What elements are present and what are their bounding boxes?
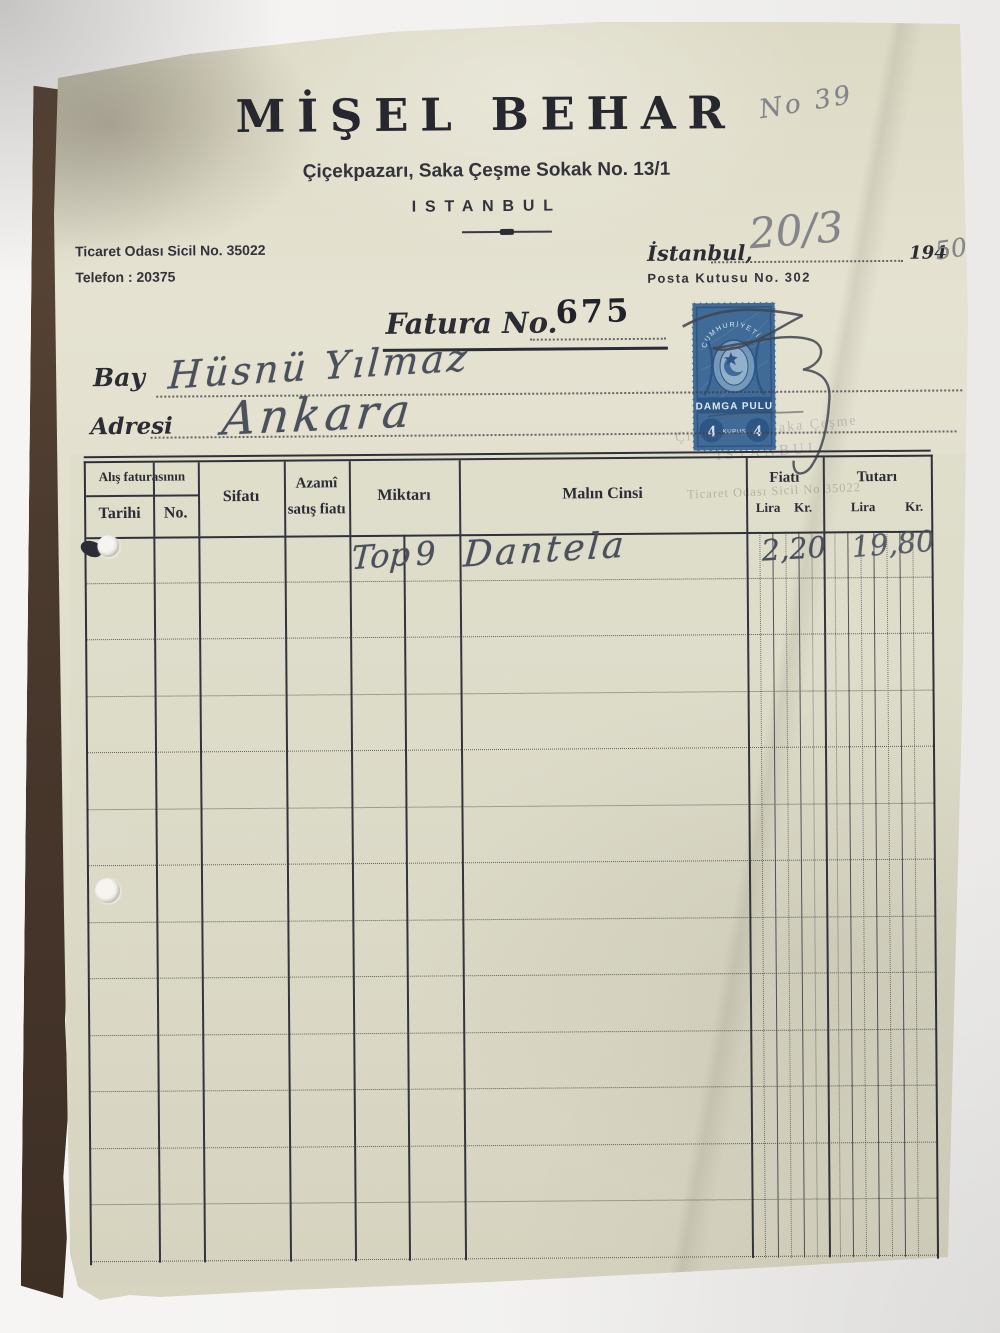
table-row-line: [92, 1255, 937, 1263]
company-name: MİŞEL BEHAR: [166, 86, 806, 144]
photo-of-invoice: MİŞEL BEHAR No 39 Çiçekpazarı, Saka Çeşm…: [0, 0, 1000, 1333]
digit-guide-line: [899, 531, 906, 1257]
col-fiati-kr: Kr.: [786, 499, 820, 515]
table-row-line: [90, 1029, 935, 1037]
digit-guide-line: [847, 531, 854, 1257]
col-malin-cinsi: Malın Cinsi: [459, 484, 746, 504]
handwritten-year: 50: [933, 232, 969, 265]
table-vline: [153, 537, 161, 1263]
entry-tutari: 19,80: [850, 524, 935, 564]
group-header-divider: [86, 494, 198, 497]
table-row-line: [89, 916, 934, 924]
fatura-number: 675: [555, 291, 632, 331]
col-azami-line1: Azamî: [284, 475, 349, 493]
digit-guide-line: [873, 531, 880, 1257]
table-row-line: [88, 690, 933, 698]
fatura-no-label: Fatura No.: [386, 306, 558, 341]
registry-no-line: Ticaret Odası Sicil No. 35022: [75, 242, 266, 259]
table-vline: [198, 536, 206, 1262]
table-vline: [823, 531, 831, 1257]
col-tutari-lira: Lira: [841, 499, 885, 515]
digit-guide-line: [834, 531, 841, 1257]
date-dotted-line: [711, 259, 903, 264]
col-sifati: Sifatı: [198, 488, 284, 507]
col-tutari: Tutarı: [823, 469, 931, 487]
fatura-no-dotted-line: [530, 337, 666, 341]
table-vline: [746, 532, 754, 1258]
table-row-line: [89, 859, 934, 867]
punch-hole: [97, 535, 119, 557]
entry-fiati: 2,20: [760, 530, 827, 568]
col-tarihi: Tarihi: [86, 505, 153, 524]
col-miktari: Miktarı: [349, 486, 459, 505]
digit-guide-line: [772, 532, 779, 1258]
col-fiati: Fiatı: [746, 469, 823, 487]
invoice-content: MİŞEL BEHAR No 39 Çiçekpazarı, Saka Çeşm…: [0, 0, 1000, 1333]
company-city-line: ISTANBUL: [167, 196, 807, 219]
table-vline: [284, 536, 292, 1262]
phone-line: Telefon : 20375: [75, 269, 175, 286]
digit-guide-line: [886, 531, 893, 1257]
customer-address-handwritten: Ankara: [220, 383, 417, 445]
digit-guide-line: [759, 532, 766, 1258]
table-vline: [349, 535, 357, 1261]
po-box-line: Posta Kutusu No. 302: [647, 270, 811, 286]
table-vline: [403, 535, 411, 1261]
table-row-line: [92, 1198, 937, 1206]
table-row-line: [91, 1142, 936, 1150]
punch-hole: [95, 878, 120, 903]
table-row-line: [88, 803, 933, 811]
col-tutari-kr: Kr.: [898, 499, 930, 515]
digit-guide-line: [912, 531, 919, 1257]
entry-miktari-qty: 9: [414, 534, 437, 573]
items-table: Alış faturasının Tarihi No. Sifatı Azamî…: [84, 455, 939, 1266]
digit-guide-line: [798, 532, 805, 1258]
digit-guide-line: [860, 531, 867, 1257]
col-azami-line2: satış fiatı: [284, 501, 349, 519]
table-row-line: [87, 577, 932, 585]
table-vline: [459, 534, 467, 1260]
company-street-line: Çiçekpazarı, Saka Çeşme Sokak No. 13/1: [166, 158, 806, 185]
entry-miktari-text: Top: [350, 535, 411, 578]
table-row-line: [90, 972, 935, 980]
table-row-line: [88, 746, 933, 754]
col-group-header: Alış faturasının: [86, 468, 198, 485]
digit-guide-line: [811, 532, 818, 1258]
table-row-line: [91, 1085, 936, 1093]
handwritten-date: 20/3: [747, 202, 845, 258]
col-fiati-lira: Lira: [748, 500, 788, 516]
table-row-line: [87, 633, 932, 641]
divider-ornament: [462, 231, 552, 234]
digit-guide-line: [785, 532, 792, 1258]
col-no: No.: [153, 504, 198, 522]
table-vline: [284, 462, 287, 536]
bay-label: Bay: [93, 363, 145, 392]
